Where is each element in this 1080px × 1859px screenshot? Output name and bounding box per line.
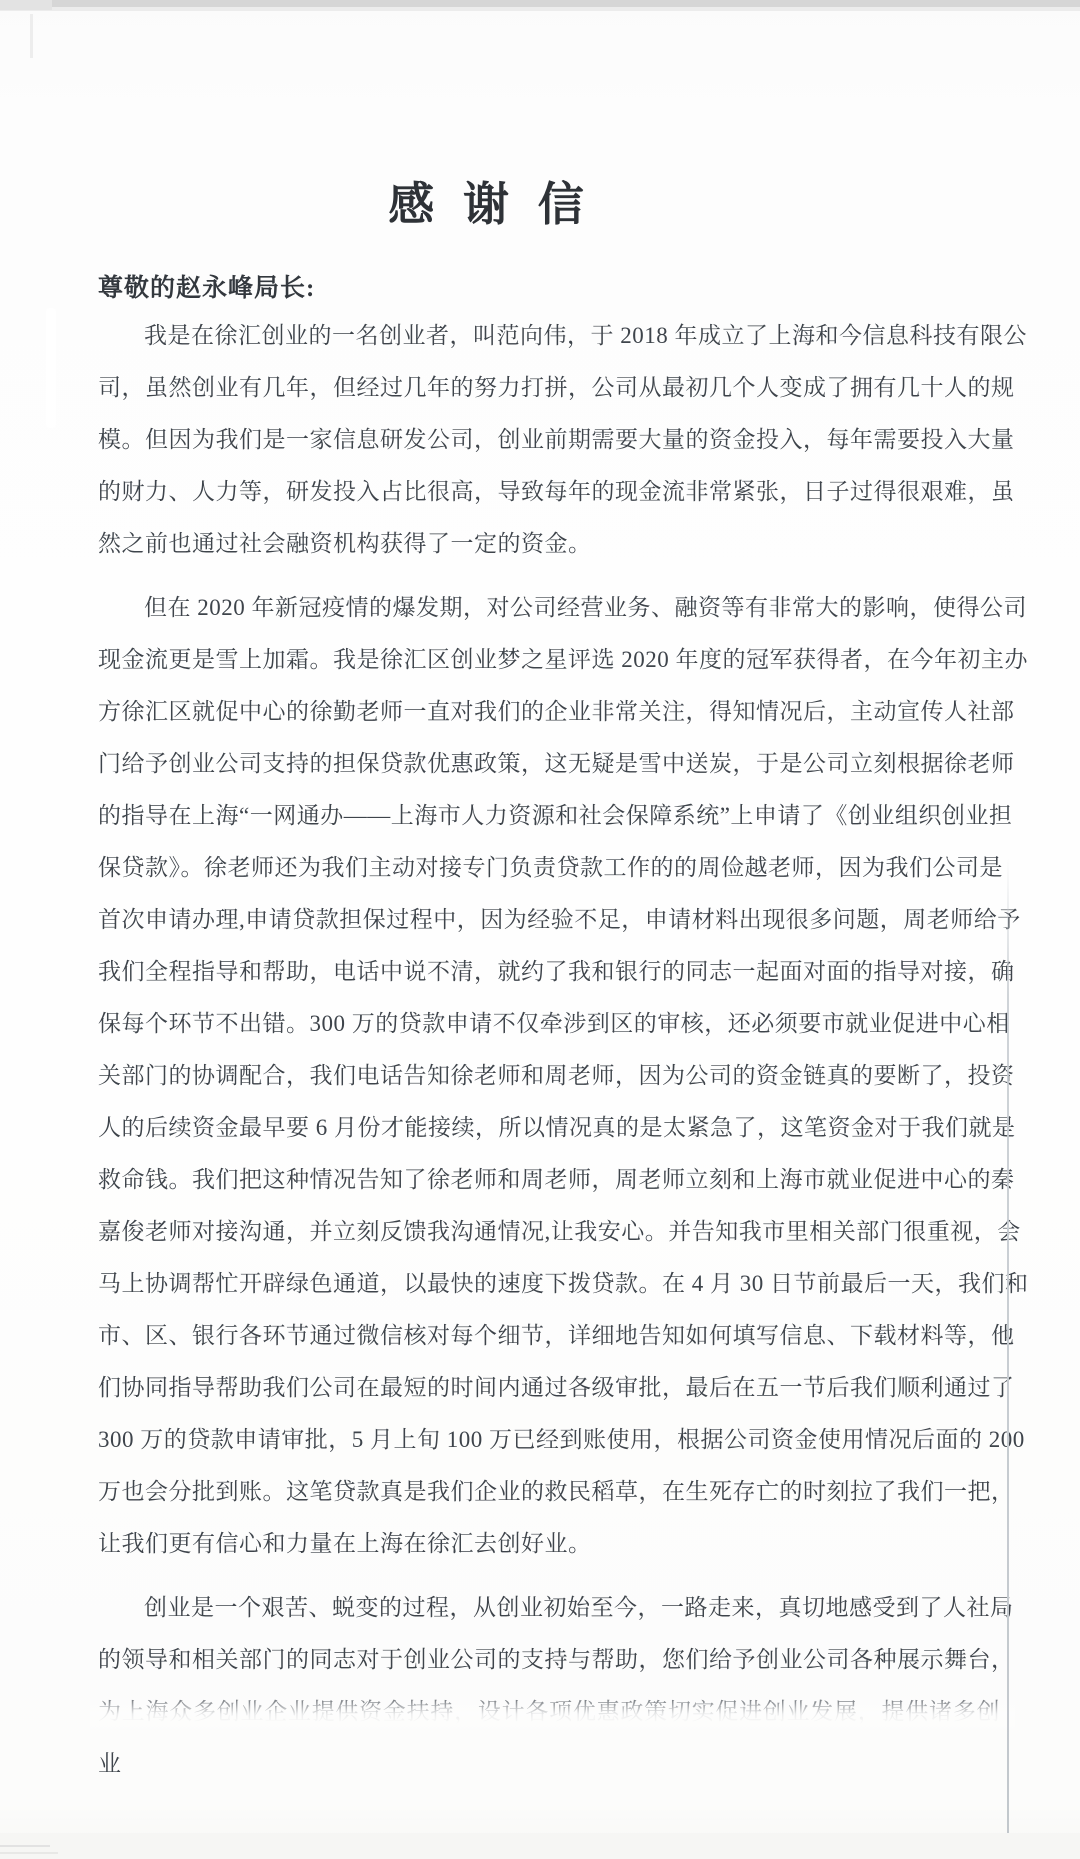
- text-line: 们协同指导帮助我们公司在最短的时间内通过各级审批，最后在五一节后我们顺利通过了: [98, 1362, 1000, 1414]
- scanned-letter-page: 感 谢 信 尊敬的赵永峰局长: 我是在徐汇创业的一名创业者，叫范向伟，于 201…: [0, 0, 1080, 1859]
- letter-paragraph: 但在 2020 年新冠疫情的爆发期，对公司经营业务、融资等有非常大的影响，使得公…: [98, 582, 1000, 1570]
- text-line: 的指导在上海“一网通办——上海市人力资源和社会保障系统”上申请了《创业组织创业担: [98, 790, 1000, 842]
- scan-bottom-artifact: [0, 1845, 50, 1847]
- letter-paragraph: 我是在徐汇创业的一名创业者，叫范向伟，于 2018 年成立了上海和今信息科技有限…: [98, 310, 1000, 570]
- text-line: 但在 2020 年新冠疫情的爆发期，对公司经营业务、融资等有非常大的影响，使得公…: [98, 582, 1000, 634]
- text-line: 方徐汇区就促中心的徐勤老师一直对我们的企业非常关注，得知情况后，主动宣传人社部: [98, 686, 1000, 738]
- text-line: 关部门的协调配合，我们电话告知徐老师和周老师，因为公司的资金链真的要断了，投资: [98, 1050, 1000, 1102]
- text-line: 我们全程指导和帮助，电话中说不清，就约了我和银行的同志一起面对面的指导对接，确: [98, 946, 1000, 998]
- text-line: 嘉俊老师对接沟通，并立刻反馈我沟通情况,让我安心。并告知我市里相关部门很重视，会: [98, 1206, 1000, 1258]
- text-line: 万也会分批到账。这笔贷款真是我们企业的救民稻草，在生死存亡的时刻拉了我们一把，: [98, 1466, 1000, 1518]
- text-line: 首次申请办理,申请贷款担保过程中，因为经验不足，申请材料出现很多问题，周老师给予: [98, 894, 1000, 946]
- scan-bottom-artifact: [0, 1852, 58, 1854]
- text-line: 让我们更有信心和力量在上海在徐汇去创好业。: [98, 1518, 1000, 1570]
- text-line: 保贷款》。徐老师还为我们主动对接专门负责贷款工作的的周俭越老师，因为我们公司是: [98, 842, 1000, 894]
- scan-crease-artifact: [46, 308, 56, 428]
- text-line: 创业是一个艰苦、蜕变的过程，从创业初始至今，一路走来，真切地感受到了人社局: [98, 1582, 1000, 1634]
- text-line: 模。但因为我们是一家信息研发公司，创业前期需要大量的资金投入，每年需要投入大量: [98, 414, 1000, 466]
- text-line: 现金流更是雪上加霜。我是徐汇区创业梦之星评选 2020 年度的冠军获得者，在今年…: [98, 634, 1000, 686]
- text-line: 我是在徐汇创业的一名创业者，叫范向伟，于 2018 年成立了上海和今信息科技有限…: [98, 310, 1000, 362]
- text-line: 保每个环节不出错。300 万的贷款申请不仅牵涉到区的审核，还必须要市就业促进中心…: [98, 998, 1000, 1050]
- letter-title: 感 谢 信: [0, 0, 1030, 240]
- letter-body: 我是在徐汇创业的一名创业者，叫范向伟，于 2018 年成立了上海和今信息科技有限…: [98, 310, 1000, 1790]
- text-line: 门给予创业公司支持的担保贷款优惠政策，这无疑是雪中送炭，于是公司立刻根据徐老师: [98, 738, 1000, 790]
- scan-bottom-edge: [0, 1833, 1080, 1859]
- text-line: 然之前也通过社会融资机构获得了一定的资金。: [98, 518, 1000, 570]
- text-line: 人的后续资金最早要 6 月份才能接续，所以情况真的是太紧急了，这笔资金对于我们就…: [98, 1102, 1000, 1154]
- text-line: 300 万的贷款申请审批，5 月上旬 100 万已经到账使用，根据公司资金使用情…: [98, 1414, 1000, 1466]
- page-edge-shadow: [1007, 858, 1009, 1859]
- scan-fade-artifact: [90, 1692, 1015, 1732]
- text-line: 的领导和相关部门的同志对于创业公司的支持与帮助，您们给予创业公司各种展示舞台，: [98, 1634, 1000, 1686]
- letter-paragraph: 创业是一个艰苦、蜕变的过程，从创业初始至今，一路走来，真切地感受到了人社局的领导…: [98, 1582, 1000, 1790]
- text-line: 救命钱。我们把这种情况告知了徐老师和周老师，周老师立刻和上海市就业促进中心的秦: [98, 1154, 1000, 1206]
- text-line: 的财力、人力等，研发投入占比很高，导致每年的现金流非常紧张，日子过得很艰难，虽: [98, 466, 1000, 518]
- text-line: 司，虽然创业有几年，但经过几年的努力打拼，公司从最初几个人变成了拥有几十人的规: [98, 362, 1000, 414]
- letter-salutation: 尊敬的赵永峰局长:: [98, 270, 1080, 308]
- text-line: 马上协调帮忙开辟绿色通道，以最快的速度下拨贷款。在 4 月 30 日节前最后一天…: [98, 1258, 1000, 1310]
- text-line: 市、区、银行各环节通过微信核对每个细节，详细地告知如何填写信息、下载材料等，他: [98, 1310, 1000, 1362]
